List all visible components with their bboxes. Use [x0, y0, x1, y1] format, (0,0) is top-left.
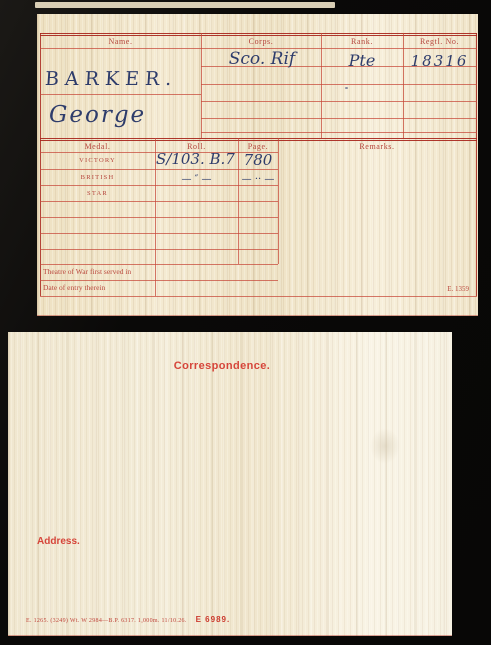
- stray-ink-mark: [345, 87, 348, 89]
- grid-line: [40, 169, 278, 170]
- victory-page-handwriting: 780: [238, 151, 278, 169]
- form-number-back: E 6989.: [196, 615, 231, 624]
- remarks-column-header: Remarks.: [278, 141, 476, 153]
- theatre-of-war-label: Theatre of War first served in: [43, 266, 193, 277]
- grid-line: [40, 280, 278, 281]
- rank-handwriting: Pte: [321, 51, 403, 70]
- printers-imprint: E. 1265. (3249) Wt. W 2984—B.P. 6317. 1,…: [26, 615, 230, 624]
- grid-line: [201, 132, 477, 133]
- grid-line: [201, 118, 477, 119]
- grid-line: [40, 217, 278, 218]
- date-of-entry-label: Date of entry therein: [43, 282, 193, 293]
- forename-handwriting: George: [49, 102, 146, 128]
- grid-line: [40, 264, 278, 265]
- grid-line: [403, 33, 404, 138]
- correspondence-title: Correspondence.: [8, 360, 436, 372]
- form-number-front: E. 1359: [415, 284, 469, 295]
- grid-line: [476, 33, 477, 296]
- grid-line: [201, 84, 477, 85]
- grid-line: [40, 249, 278, 250]
- grid-line: [40, 201, 278, 202]
- grid-line: [201, 101, 477, 102]
- medal-row-victory-label: Victory: [40, 154, 155, 168]
- grid-line: [278, 138, 279, 264]
- grid-line: [40, 33, 477, 34]
- regtl-no-column-header: Regtl. No.: [403, 36, 476, 48]
- paper-smudge: [370, 428, 400, 464]
- grid-line: [40, 185, 278, 186]
- name-column-header: Name.: [40, 36, 201, 48]
- regtl-no-handwriting: 18316: [403, 52, 476, 70]
- grid-line: [40, 233, 278, 234]
- british-roll-ditto-mark: — ″ —: [155, 174, 238, 185]
- printers-imprint-text: E. 1265. (3249) Wt. W 2984—B.P. 6317. 1,…: [26, 618, 187, 624]
- medal-row-star-label: Star: [40, 187, 155, 201]
- medal-row-british-label: British: [40, 171, 155, 185]
- address-label: Address.: [37, 536, 80, 547]
- grid-line: [40, 138, 477, 139]
- medal-index-card-back: Correspondence. Address. E. 1265. (3249)…: [8, 332, 452, 636]
- corps-column-header: Corps.: [201, 36, 321, 48]
- grid-line: [40, 296, 477, 297]
- grid-line: [40, 94, 201, 95]
- victory-roll-handwriting: S/103. B.7: [156, 150, 235, 168]
- surname-handwriting: BARKER.: [44, 68, 178, 90]
- adjacent-card-edge: [35, 2, 335, 8]
- rank-column-header: Rank.: [321, 36, 403, 48]
- medal-index-card-front: Name. Corps. Rank. Regtl. No. Medal. Rol…: [37, 14, 478, 316]
- scan-background: { "card_front": { "header": { "name_labe…: [0, 0, 491, 645]
- grid-line: [201, 33, 202, 138]
- medal-column-header: Medal.: [40, 141, 155, 153]
- grid-line: [321, 33, 322, 138]
- corps-handwriting: Sco. Rif: [207, 49, 317, 69]
- british-page-ditto-mark: — ·· —: [238, 174, 278, 185]
